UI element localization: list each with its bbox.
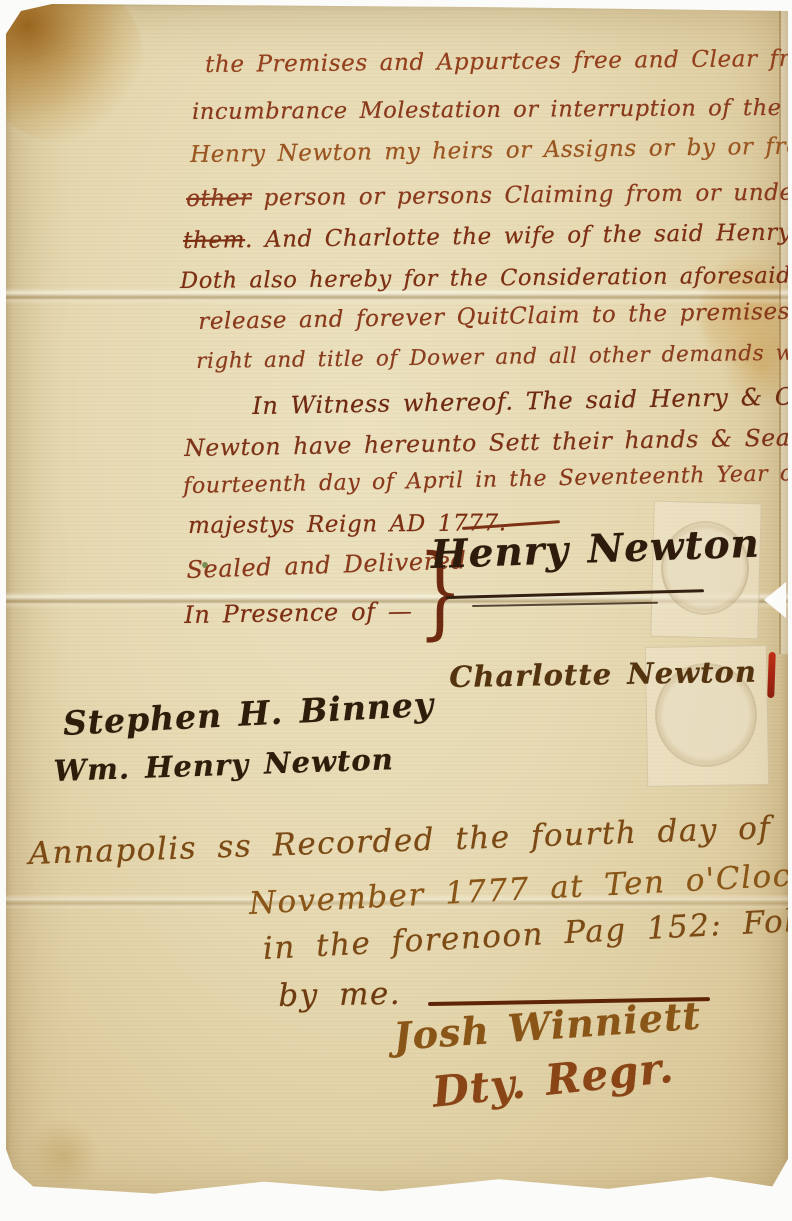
deed-body-line: right and title of Dower and all other d… [196,339,792,374]
deed-body-line: Henry Newton my heirs or Assigns or by o… [190,132,792,168]
struck-word: other [186,185,252,212]
signature-flourish [446,589,704,599]
signature-flourish [472,602,658,607]
recording-line: by me. [278,976,401,1014]
bottom-left-stain [24,1122,102,1188]
signature-witness-wm-henry-newton: Wm. Henry Newton [53,742,394,788]
deed-body-line: Doth also hereby for the Consideration a… [180,262,792,294]
deed-body-line: incumbrance Molestation or interruption … [192,94,792,125]
deed-body-line-rest: person or persons Claiming from or under… [252,179,792,212]
recording-line: Annapolis ss Recorded the fourth day of [28,810,772,872]
deed-body-line: Newton have hereunto Sett their hands & … [184,422,792,462]
struck-word: them [183,227,245,254]
paper-sheet: the Premises and Appurtces free and Clea… [6,4,788,1202]
scanned-document: the Premises and Appurtces free and Clea… [0,0,792,1221]
deed-body-line: fourteenth day of April in the Seventeen… [183,460,792,499]
red-wax-mark [767,652,776,698]
deed-body-line: them. And Charlotte the wife of the said… [183,218,792,254]
signature-charlotte-newton: Charlotte Newton [449,655,757,694]
signature-witness-binney: Stephen H. Binney [62,685,435,743]
deed-body-line: In Witness whereof. The said Henry & Cha… [252,381,792,420]
deed-body-line: release and forever QuitClaim to the pre… [198,297,792,335]
deed-body-line-rest: . And Charlotte the wife of the said Hen… [245,218,792,253]
attestation-line: In Presence of — [184,597,413,629]
top-left-corner-stain [0,0,143,141]
deed-body-line: other person or persons Claiming from or… [186,179,792,212]
deed-body-line: the Premises and Appurtces free and Clea… [205,45,792,78]
